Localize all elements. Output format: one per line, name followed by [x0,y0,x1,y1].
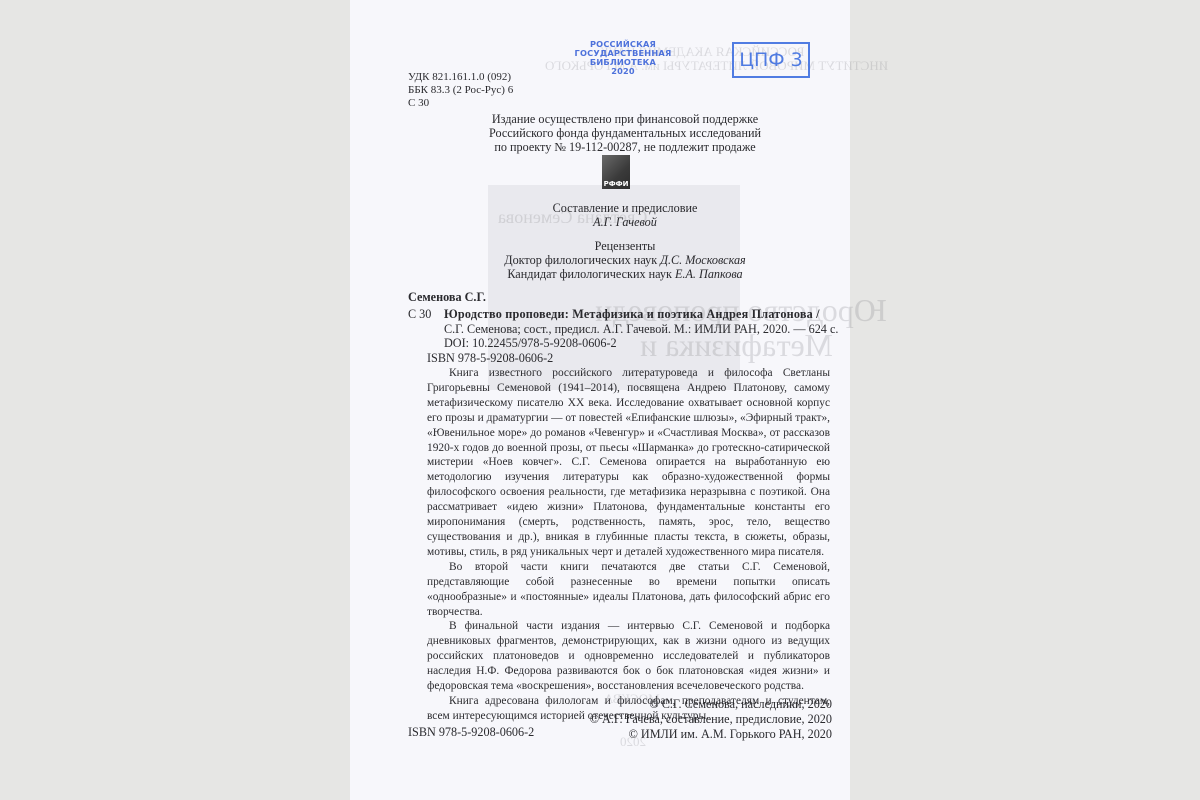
annotation: Книга известного российского литературов… [427,366,830,724]
bib-imprint: С.Г. Семенова; сост., предисл. А.Г. Гаче… [444,322,838,336]
copyright-2: © А.Г. Гачева, составление, предисловие,… [590,712,832,726]
copyright-1: © С.Г. Семенова, наследники, 2020 [649,697,832,711]
bib-doi: DOI: 10.22455/978-5-9208-0606-2 [444,336,617,350]
cpf-stamp: ЦПФ 3 [732,42,810,78]
credits-block: Составление и предисловие А.Г. Гачевой Р… [450,201,800,281]
reviewer-degree: Доктор филологических наук [504,253,660,267]
bib-code: С 30 [408,307,431,321]
reviewer-1: Доктор филологических наук Д.С. Московск… [450,253,800,267]
author-heading: Семенова С.Г. [408,290,486,304]
rffi-logo: РФФИ [602,155,630,189]
library-stamp: РОССИЙСКАЯ ГОСУДАРСТВЕННАЯ БИБЛИОТЕКА 20… [573,40,673,76]
reviewer-name: Е.А. Папкова [675,267,743,281]
author-sign-code: С 30 [408,97,429,109]
copyright-3: © ИМЛИ им. А.М. Горького РАН, 2020 [629,727,832,741]
annotation-paragraph: Во второй части книги печатаются две ста… [427,560,830,620]
reviewer-degree: Кандидат филологических наук [507,267,675,281]
reviewers-label: Рецензенты [450,239,800,253]
book-title: Юродство проповеди: Метафизика и поэтика… [444,307,829,321]
reviewer-name: Д.С. Московская [660,253,746,267]
bbk-code: ББК 83.3 (2 Рос-Рус) 6 [408,84,513,96]
compiler-label: Составление и предисловие [450,201,800,215]
annotation-paragraph: Книга известного российского литературов… [427,366,830,560]
compiler-name: А.Г. Гачевой [450,215,800,229]
reviewer-2: Кандидат филологических наук Е.А. Папков… [450,267,800,281]
funding-block: Издание осуществлено при финансовой подд… [450,112,800,154]
footer-isbn: ISBN 978-5-9208-0606-2 [408,725,534,739]
bib-isbn: ISBN 978-5-9208-0606-2 [427,351,553,365]
library-stamp-line: 2020 [573,67,673,76]
annotation-paragraph: В финальной части издания — интервью С.Г… [427,619,830,694]
funding-line: по проекту № 19-112-00287, не подлежит п… [450,140,800,154]
rffi-logo-label: РФФИ [602,180,630,188]
udk-code: УДК 821.161.1.0 (092) [408,71,511,83]
funding-line: Издание осуществлено при финансовой подд… [450,112,800,126]
funding-line: Российского фонда фундаментальных исслед… [450,126,800,140]
